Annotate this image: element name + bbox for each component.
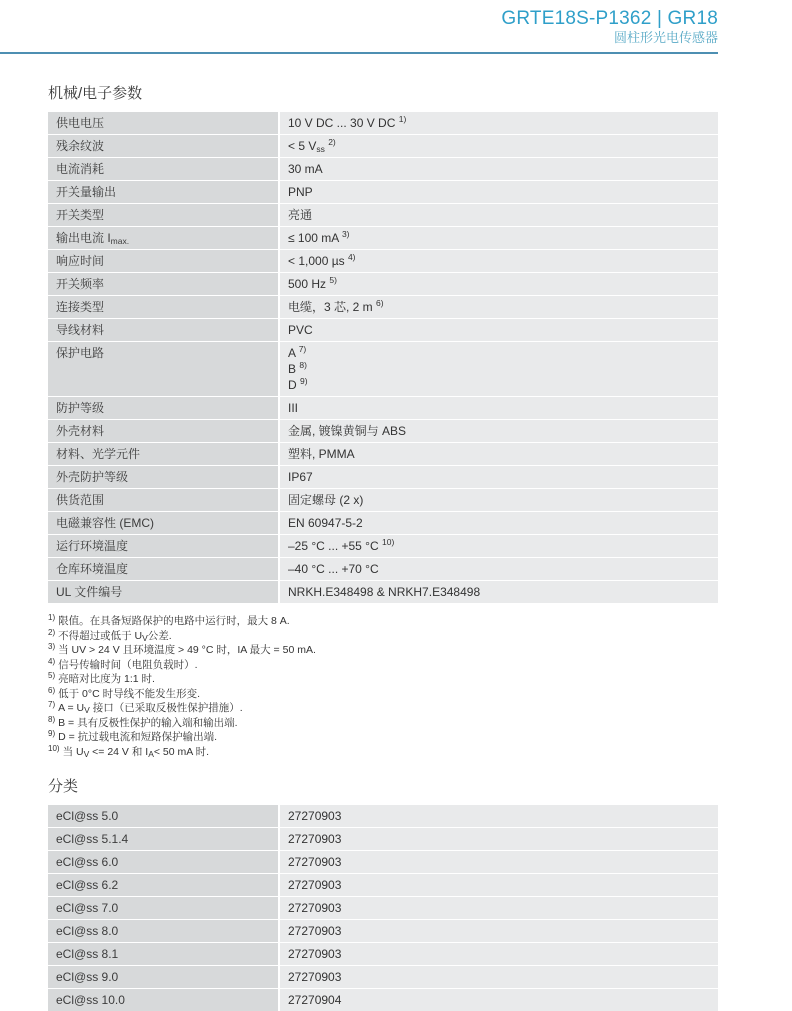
footnote-ref: 2)	[48, 628, 55, 637]
footnote-item: 4)信号传输时间（电阻负载时）.	[48, 658, 718, 673]
classification-label: eCl@ss 10.0	[48, 989, 278, 1011]
spec-value-line: –25 °C ... +55 °C 10)	[288, 538, 710, 554]
spec-value: 30 mA	[280, 158, 718, 180]
footnote-item: 2)不得超过或低于 UV公差.	[48, 629, 718, 644]
spec-label: 输出电流 Imax.	[48, 227, 278, 249]
footnote-item: 1)限值。在具备短路保护的电路中运行时，最大 8 A.	[48, 614, 718, 629]
spec-label: 外壳防护等级	[48, 466, 278, 488]
spec-value-line: A 7)	[288, 345, 710, 361]
superscript: 2)	[328, 137, 336, 147]
spec-value: 10 V DC ... 30 V DC 1)	[280, 112, 718, 134]
spec-value-line: 电缆，3 芯, 2 m 6)	[288, 299, 710, 315]
footnote-ref: 5)	[48, 671, 55, 680]
spec-value-line: ≤ 100 mA 3)	[288, 230, 710, 246]
footnote-ref: 4)	[48, 657, 55, 666]
spec-value: NRKH.E348498 & NRKH7.E348498	[280, 581, 718, 603]
spec-row: 外壳材料金属, 镀镍黄铜与 ABS	[48, 420, 718, 442]
classification-row: eCl@ss 8.127270903	[48, 943, 718, 965]
spec-value-line: EN 60947-5-2	[288, 515, 710, 531]
spec-row: 开关量输出PNP	[48, 181, 718, 203]
spec-value-line: < 5 Vss 2)	[288, 138, 710, 154]
spec-value: –40 °C ... +70 °C	[280, 558, 718, 580]
spec-row: 电流消耗30 mA	[48, 158, 718, 180]
classification-value: 27270903	[280, 805, 718, 827]
spec-label: 导线材料	[48, 319, 278, 341]
spec-value: 金属, 镀镍黄铜与 ABS	[280, 420, 718, 442]
spec-value-line: PNP	[288, 184, 710, 200]
spec-value: PVC	[280, 319, 718, 341]
page-header: GRTE18S-P1362 | GR18 圆柱形光电传感器	[0, 0, 792, 46]
footnotes-list: 1)限值。在具备短路保护的电路中运行时，最大 8 A.2)不得超过或低于 UV公…	[48, 614, 718, 759]
spec-value: 固定螺母 (2 x)	[280, 489, 718, 511]
page-content: 机械/电子参数 供电电压10 V DC ... 30 V DC 1)残余纹波< …	[48, 82, 718, 1011]
spec-value-line: 塑料, PMMA	[288, 446, 710, 462]
spec-value: PNP	[280, 181, 718, 203]
spec-table: 供电电压10 V DC ... 30 V DC 1)残余纹波< 5 Vss 2)…	[48, 112, 718, 603]
classification-label: eCl@ss 8.0	[48, 920, 278, 942]
spec-row: 供货范围固定螺母 (2 x)	[48, 489, 718, 511]
spec-row: 开关频率500 Hz 5)	[48, 273, 718, 295]
superscript: 1)	[399, 114, 407, 124]
classification-value: 27270903	[280, 920, 718, 942]
spec-row: 导线材料PVC	[48, 319, 718, 341]
spec-label: 供货范围	[48, 489, 278, 511]
spec-label: 电磁兼容性 (EMC)	[48, 512, 278, 534]
classification-row: eCl@ss 10.027270904	[48, 989, 718, 1011]
classification-label: eCl@ss 7.0	[48, 897, 278, 919]
subscript: V	[142, 633, 148, 643]
classification-row: eCl@ss 7.027270903	[48, 897, 718, 919]
spec-row: 运行环境温度–25 °C ... +55 °C 10)	[48, 535, 718, 557]
spec-value-line: IP67	[288, 469, 710, 485]
classification-value: 27270903	[280, 874, 718, 896]
superscript: 8)	[299, 360, 307, 370]
subscript: A	[148, 749, 154, 759]
subscript: V	[84, 749, 90, 759]
footnote-item: 6)低于 0°C 时导线不能发生形变.	[48, 687, 718, 702]
spec-row: 外壳防护等级IP67	[48, 466, 718, 488]
spec-label: 连接类型	[48, 296, 278, 318]
footnote-ref: 6)	[48, 686, 55, 695]
superscript: 6)	[376, 298, 384, 308]
spec-row: 输出电流 Imax.≤ 100 mA 3)	[48, 227, 718, 249]
spec-label: 保护电路	[48, 342, 278, 396]
header-divider	[0, 52, 718, 54]
classification-label: eCl@ss 5.1.4	[48, 828, 278, 850]
classification-value: 27270903	[280, 943, 718, 965]
spec-row: 保护电路A 7)B 8)D 9)	[48, 342, 718, 396]
spec-label: 材料、光学元件	[48, 443, 278, 465]
spec-label: 残余纹波	[48, 135, 278, 157]
spec-label: 开关频率	[48, 273, 278, 295]
spec-value-line: < 1,000 µs 4)	[288, 253, 710, 269]
spec-label: 开关类型	[48, 204, 278, 226]
classification-table: eCl@ss 5.027270903eCl@ss 5.1.427270903eC…	[48, 805, 718, 1011]
spec-value-line: 10 V DC ... 30 V DC 1)	[288, 115, 710, 131]
classification-value: 27270903	[280, 828, 718, 850]
subscript: ss	[316, 144, 325, 154]
classification-label: eCl@ss 6.0	[48, 851, 278, 873]
spec-value: A 7)B 8)D 9)	[280, 342, 718, 396]
classification-value: 27270903	[280, 851, 718, 873]
classification-row: eCl@ss 9.027270903	[48, 966, 718, 988]
classification-section-title: 分类	[48, 775, 718, 796]
spec-section-title: 机械/电子参数	[48, 82, 718, 103]
product-title: GRTE18S-P1362 | GR18	[48, 8, 718, 30]
spec-label: 供电电压	[48, 112, 278, 134]
spec-value-line: NRKH.E348498 & NRKH7.E348498	[288, 584, 710, 600]
spec-row: 残余纹波< 5 Vss 2)	[48, 135, 718, 157]
spec-label: 开关量输出	[48, 181, 278, 203]
superscript: 5)	[329, 275, 337, 285]
footnote-item: 9)D = 抗过载电流和短路保护输出端.	[48, 730, 718, 745]
spec-value: IP67	[280, 466, 718, 488]
spec-label: 运行环境温度	[48, 535, 278, 557]
spec-value-line: 亮通	[288, 207, 710, 223]
spec-row: 电磁兼容性 (EMC)EN 60947-5-2	[48, 512, 718, 534]
spec-label: 外壳材料	[48, 420, 278, 442]
product-subtitle: 圆柱形光电传感器	[48, 30, 718, 46]
spec-value: 500 Hz 5)	[280, 273, 718, 295]
spec-row: 防护等级III	[48, 397, 718, 419]
spec-value-line: 金属, 镀镍黄铜与 ABS	[288, 423, 710, 439]
spec-value: EN 60947-5-2	[280, 512, 718, 534]
spec-label: 电流消耗	[48, 158, 278, 180]
subscript: max.	[111, 236, 129, 246]
spec-value: –25 °C ... +55 °C 10)	[280, 535, 718, 557]
spec-label: UL 文件编号	[48, 581, 278, 603]
classification-value: 27270903	[280, 897, 718, 919]
footnote-item: 8)B = 具有反极性保护的输入端和输出端.	[48, 716, 718, 731]
spec-row: 材料、光学元件塑料, PMMA	[48, 443, 718, 465]
spec-row: 响应时间< 1,000 µs 4)	[48, 250, 718, 272]
spec-value-line: –40 °C ... +70 °C	[288, 561, 710, 577]
spec-value: 塑料, PMMA	[280, 443, 718, 465]
spec-label: 仓库环境温度	[48, 558, 278, 580]
spec-value: III	[280, 397, 718, 419]
classification-label: eCl@ss 8.1	[48, 943, 278, 965]
superscript: 3)	[342, 229, 350, 239]
spec-label: 响应时间	[48, 250, 278, 272]
footnote-ref: 9)	[48, 729, 55, 738]
spec-value: < 1,000 µs 4)	[280, 250, 718, 272]
spec-value-line: D 9)	[288, 377, 710, 393]
spec-value: 亮通	[280, 204, 718, 226]
spec-value: ≤ 100 mA 3)	[280, 227, 718, 249]
classification-label: eCl@ss 6.2	[48, 874, 278, 896]
footnote-ref: 7)	[48, 700, 55, 709]
spec-row: 供电电压10 V DC ... 30 V DC 1)	[48, 112, 718, 134]
footnote-ref: 8)	[48, 715, 55, 724]
footnote-item: 7)A = UV 接口（已采取反极性保护措施）.	[48, 701, 718, 716]
footnote-item: 3)当 UV > 24 V 且环境温度 > 49 °C 时，IA 最大 = 50…	[48, 643, 718, 658]
spec-value-line: 固定螺母 (2 x)	[288, 492, 710, 508]
footnote-ref: 1)	[48, 613, 55, 622]
spec-value: 电缆，3 芯, 2 m 6)	[280, 296, 718, 318]
classification-label: eCl@ss 5.0	[48, 805, 278, 827]
spec-row: 仓库环境温度–40 °C ... +70 °C	[48, 558, 718, 580]
spec-value-line: PVC	[288, 322, 710, 338]
superscript: 4)	[348, 252, 356, 262]
spec-row: 开关类型亮通	[48, 204, 718, 226]
superscript: 7)	[299, 344, 307, 354]
classification-row: eCl@ss 5.027270903	[48, 805, 718, 827]
footnote-item: 5)亮暗对比度为 1:1 时.	[48, 672, 718, 687]
spec-row: UL 文件编号NRKH.E348498 & NRKH7.E348498	[48, 581, 718, 603]
subscript: V	[84, 705, 90, 715]
classification-label: eCl@ss 9.0	[48, 966, 278, 988]
spec-value-line: III	[288, 400, 710, 416]
classification-row: eCl@ss 8.027270903	[48, 920, 718, 942]
footnote-ref: 10)	[48, 744, 60, 753]
footnote-ref: 3)	[48, 642, 55, 651]
spec-value-line: 500 Hz 5)	[288, 276, 710, 292]
classification-row: eCl@ss 6.027270903	[48, 851, 718, 873]
spec-row: 连接类型电缆，3 芯, 2 m 6)	[48, 296, 718, 318]
spec-value: < 5 Vss 2)	[280, 135, 718, 157]
classification-row: eCl@ss 6.227270903	[48, 874, 718, 896]
spec-label: 防护等级	[48, 397, 278, 419]
classification-value: 27270903	[280, 966, 718, 988]
superscript: 10)	[382, 537, 394, 547]
superscript: 9)	[300, 376, 308, 386]
spec-value-line: B 8)	[288, 361, 710, 377]
classification-value: 27270904	[280, 989, 718, 1011]
spec-value-line: 30 mA	[288, 161, 710, 177]
classification-row: eCl@ss 5.1.427270903	[48, 828, 718, 850]
footnote-item: 10)当 UV <= 24 V 和 IA< 50 mA 时.	[48, 745, 718, 760]
